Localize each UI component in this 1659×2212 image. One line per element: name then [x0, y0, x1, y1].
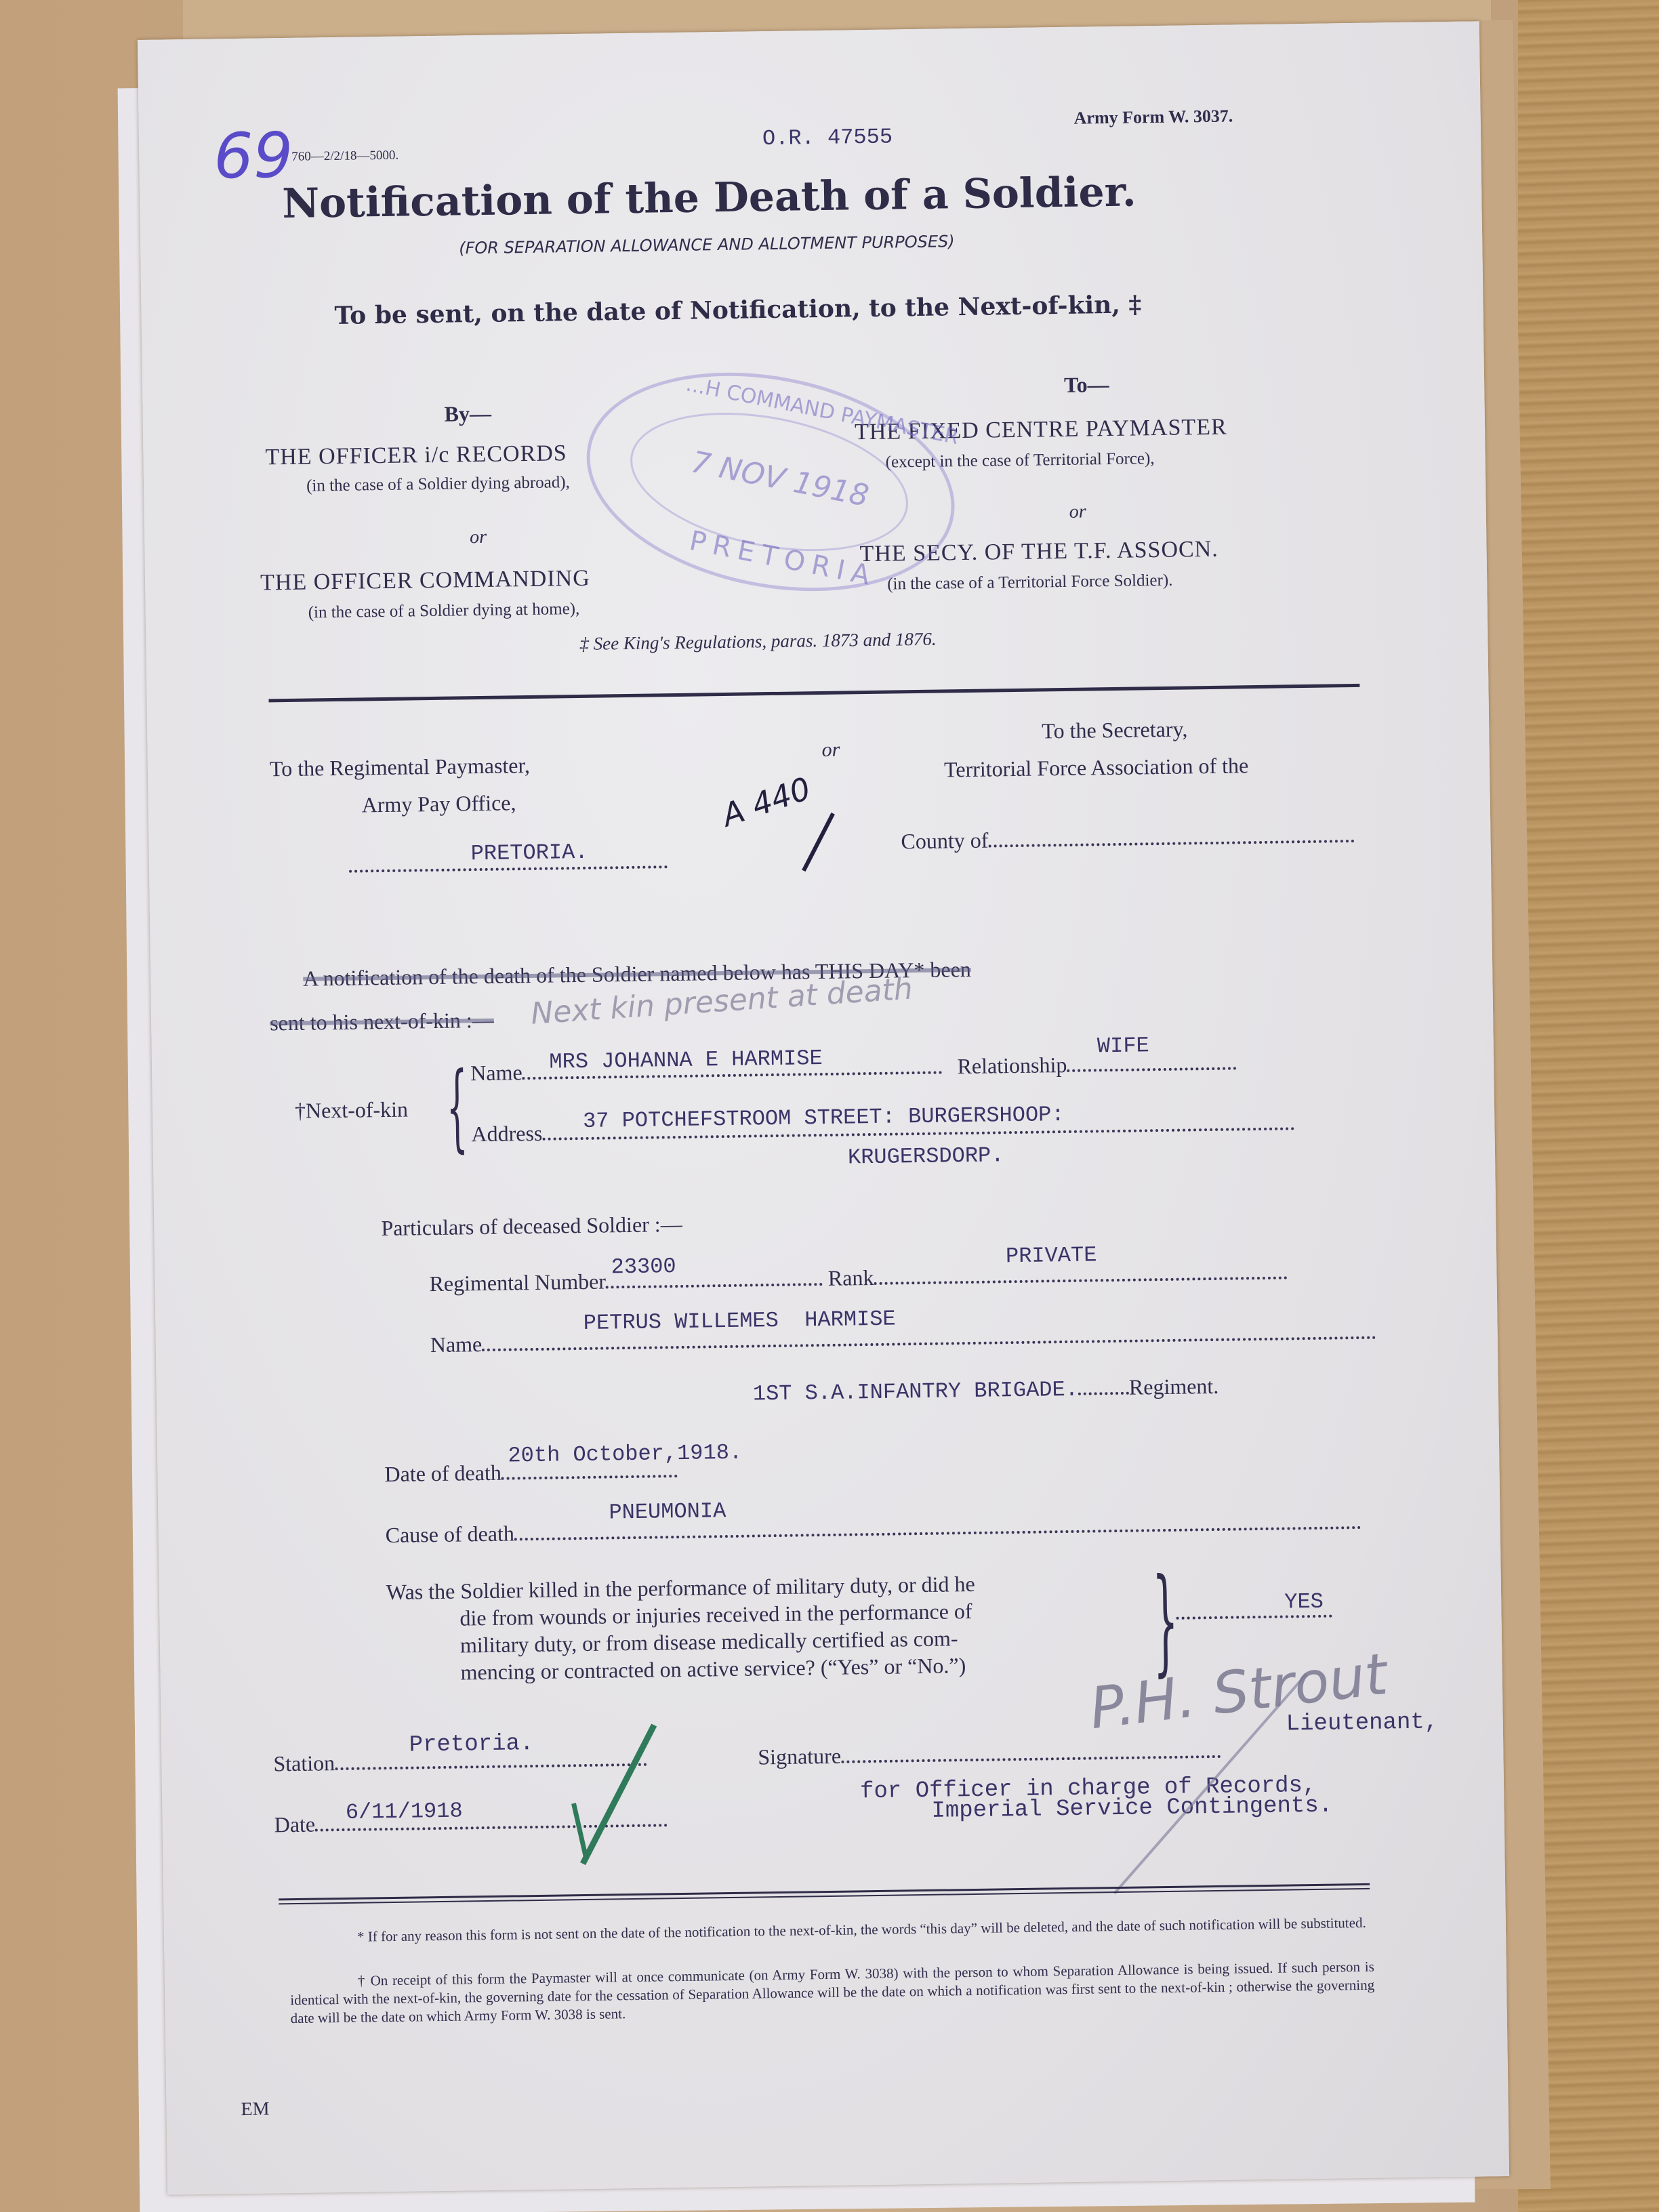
soldier-section-label: Particulars of deceased Soldier :—: [381, 1212, 682, 1241]
duty-question: Was the Soldier killed in the performanc…: [386, 1570, 977, 1687]
station-field: StationPretoria.: [273, 1744, 647, 1777]
next-of-kin-label: †Next-of-kin: [295, 1097, 409, 1124]
reg-number-label: Regimental Number: [429, 1269, 606, 1296]
date-value: 6/11/1918: [346, 1799, 463, 1825]
by-option-records-officer: THE OFFICER i/c RECORDS: [265, 441, 567, 470]
duty-answer-field: YES: [1176, 1596, 1332, 1623]
kin-name-field: NameMRS JOHANNA E HARMISE RelationshipWI…: [470, 1048, 1237, 1086]
by-or-label: or: [470, 527, 487, 548]
addressee-or-label: or: [821, 739, 840, 762]
tf-association-label: Territorial Force Association of the: [944, 753, 1249, 782]
regulations-note: ‡ See King's Regulations, paras. 1873 an…: [579, 629, 937, 655]
rank-value: PRIVATE: [1006, 1242, 1097, 1269]
army-pay-office-label: Army Pay Office,: [361, 790, 516, 817]
regimental-paymaster-label: To the Regimental Paymaster,: [270, 753, 530, 781]
rank-label: Rank: [828, 1265, 874, 1290]
kin-address-line-1: 37 POTCHEFSTROOM STREET: BURGERSHOOP:: [583, 1102, 1065, 1134]
date-of-death-label: Date of death: [384, 1460, 501, 1486]
pay-office-dotted-line: PRETORIA.: [349, 842, 668, 873]
station-label: Station: [273, 1750, 335, 1776]
reg-number-value: 23300: [611, 1254, 676, 1279]
form-title: Notification of the Death of a Soldier.: [282, 168, 1136, 228]
kin-name-label: Name: [470, 1060, 523, 1085]
signature-field: Signature: [758, 1736, 1221, 1770]
soldier-name-label: Name: [430, 1332, 483, 1357]
next-of-kin-brace: {: [446, 1052, 468, 1162]
county-field: County of: [901, 823, 1354, 854]
cause-of-death-field: Cause of deathPNEUMONIA: [385, 1507, 1361, 1548]
signature-label: Signature: [758, 1744, 841, 1769]
station-value: Pretoria.: [409, 1731, 533, 1759]
regiment-value: 1ST S.A.INFANTRY BRIGADE.: [753, 1377, 1079, 1407]
relationship-label: Relationship: [957, 1052, 1067, 1078]
sending-instruction: To be sent, on the date of Notification,…: [334, 290, 1141, 330]
designation-line-2: Imperial Service Contingents.: [860, 1796, 1332, 1823]
reg-number-field: Regimental Number23300 RankPRIVATE: [429, 1257, 1287, 1296]
to-or-label: or: [1069, 501, 1086, 523]
officer-designation: for Officer in charge of Records, Imperi…: [860, 1776, 1332, 1823]
form-subtitle: (FOR SEPARATION ALLOWANCE AND ALLOTMENT …: [459, 232, 955, 258]
to-label: To—: [1064, 372, 1109, 398]
typist-initials: EM: [241, 2099, 269, 2121]
pay-office-field: PRETORIA.: [349, 842, 668, 878]
date-label: Date: [274, 1812, 315, 1837]
kin-name-value: MRS JOHANNA E HARMISE: [549, 1046, 823, 1075]
tf-secretary-label: To the Secretary,: [1042, 716, 1188, 743]
to-option-tf-note: (in the case of a Territorial Force Sold…: [887, 571, 1173, 594]
officer-rank-title: Lieutenant,: [1286, 1709, 1439, 1737]
footnote-this-day: * If for any reason this form is not sen…: [289, 1914, 1374, 1947]
section-divider: [268, 684, 1359, 702]
by-option-commanding-note: (in the case of a Soldier dying at home)…: [308, 600, 580, 623]
army-form-number: Army Form W. 3037.: [1073, 106, 1233, 128]
by-option-records-note: (in the case of a Soldier dying abroad),: [306, 473, 570, 495]
county-label: County of: [901, 828, 988, 854]
regiment-field: 1ST S.A.INFANTRY BRIGADE.Regiment.: [753, 1374, 1219, 1407]
pay-office-value: PRETORIA.: [470, 840, 588, 866]
or-number: O.R. 47555: [762, 124, 893, 151]
cause-of-death-label: Cause of death: [385, 1521, 514, 1547]
date-of-death-value: 20th October,1918.: [508, 1440, 742, 1469]
regiment-label: Regiment.: [1129, 1374, 1219, 1399]
duty-answer-value: YES: [1284, 1589, 1324, 1615]
footer-divider-top: [279, 1883, 1370, 1900]
county-value-line: [988, 823, 1354, 848]
kin-address-label: Address: [471, 1121, 542, 1146]
handwritten-slash: [802, 813, 835, 872]
cause-of-death-value: PNEUMONIA: [609, 1498, 726, 1525]
kin-address-field: Address37 POTCHEFSTROOM STREET: BURGERSH…: [471, 1108, 1294, 1147]
by-label: By—: [444, 401, 491, 427]
notification-line-2: sent to his next-of-kin :—: [270, 1008, 494, 1036]
relationship-value: WIFE: [1097, 1033, 1149, 1059]
soldier-name-field: NamePETRUS WILLEMES HARMISE: [430, 1317, 1377, 1357]
handwritten-reference: A 440: [718, 770, 815, 834]
print-code: 760—2/2/18—5000.: [291, 148, 398, 165]
by-option-commanding-officer: THE OFFICER COMMANDING: [260, 566, 590, 596]
soldier-name-value: PETRUS WILLEMES HARMISE: [583, 1307, 896, 1336]
kin-address-line-2: KRUGERSDORP.: [848, 1143, 1004, 1170]
date-of-death-field: Date of death20th October,1918.: [384, 1456, 678, 1487]
army-form-w3037: 69 760—2/2/18—5000. O.R. 47555 Army Form…: [138, 21, 1509, 2194]
footnote-paymaster: † On receipt of this form the Paymaster …: [290, 1958, 1375, 2028]
